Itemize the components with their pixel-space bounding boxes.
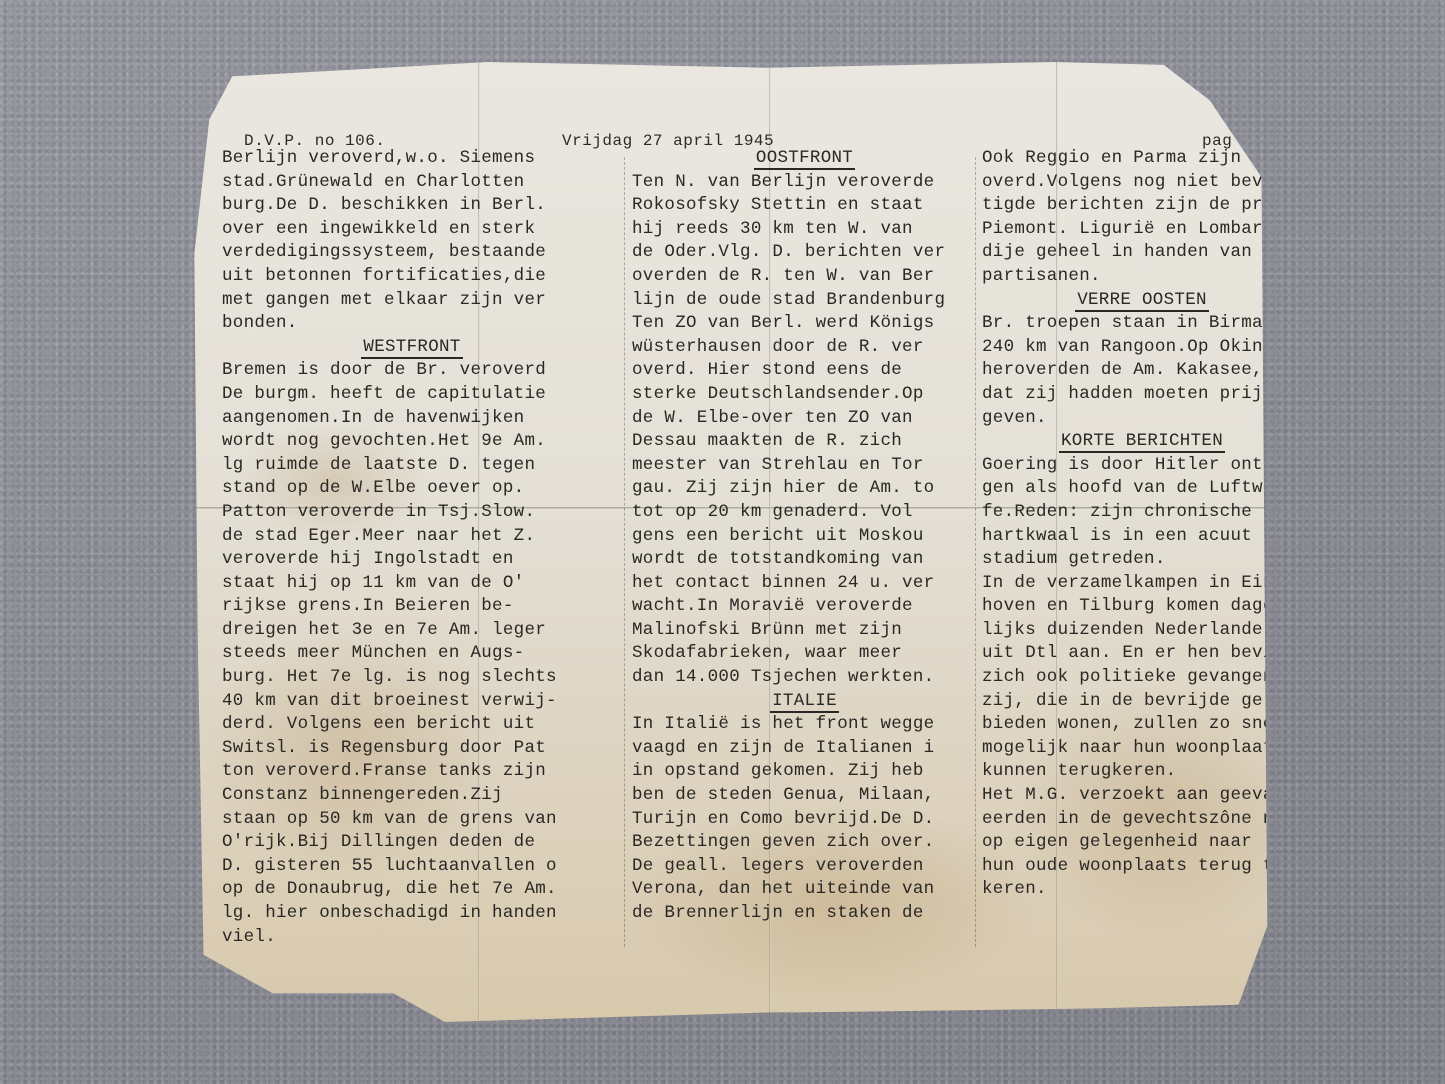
text-line: ton veroverd.Franse tanks zijn	[222, 760, 602, 784]
text-line: dije geheel in handen van de	[982, 241, 1302, 265]
text-line: bieden wonen, zullen zo snel	[982, 713, 1302, 737]
text-line: Constanz binnengereden.Zij	[222, 784, 602, 808]
text-line: steeds meer München en Augs-	[222, 642, 602, 666]
text-line: lg. hier onbeschadigd in handen	[222, 902, 602, 926]
section-heading: ITALIE	[632, 690, 977, 714]
text-line: Patton veroverde in Tsj.Slow.	[222, 501, 602, 525]
text-line: In de verzamelkampen in Eind-	[982, 572, 1302, 596]
text-line: tigde berichten zijn de prov	[982, 194, 1302, 218]
text-line: stad.Grünewald en Charlotten	[222, 171, 602, 195]
text-line: uit betonnen fortificaties,die	[222, 265, 602, 289]
text-line: overd.Volgens nog niet beves	[982, 171, 1302, 195]
text-line: partisanen.	[982, 265, 1302, 289]
text-line: de W. Elbe-over ten ZO van	[632, 407, 977, 431]
text-line: Ten N. van Berlijn veroverde	[632, 171, 977, 195]
text-line: burg.De D. beschikken in Berl.	[222, 194, 602, 218]
newsletter-sheet: D.V.P. no 106. Vrijdag 27 april 1945 pag…	[192, 62, 1342, 1022]
section-heading-text: OOSTFRONT	[754, 148, 855, 170]
text-line: dan 14.000 Tsjechen werkten.	[632, 666, 977, 690]
text-line: geven.	[982, 407, 1302, 431]
text-line: stand op de W.Elbe oever op.	[222, 477, 602, 501]
text-line: hun oude woonplaats terug te	[982, 855, 1302, 879]
text-line: op eigen gelegenheid naar	[982, 831, 1302, 855]
text-line: hij reeds 30 km ten W. van	[632, 218, 977, 242]
text-line: eerden in de gevechtszône niet	[982, 808, 1302, 832]
text-line: in opstand gekomen. Zij heb	[632, 760, 977, 784]
column-middle: OOSTFRONTTen N. van Berlijn veroverdeRok…	[632, 147, 977, 926]
text-line: gen als hoofd van de Luftwaf	[982, 477, 1302, 501]
text-line: gens een bericht uit Moskou	[632, 525, 977, 549]
text-line: Bremen is door de Br. veroverd	[222, 359, 602, 383]
text-line: Berlijn veroverd,w.o. Siemens	[222, 147, 602, 171]
text-line: 240 km van Rangoon.Op Okinawa	[982, 336, 1302, 360]
text-line: tot op 20 km genaderd. Vol	[632, 501, 977, 525]
text-line: In Italië is het front wegge	[632, 713, 977, 737]
text-line: staat hij op 11 km van de O'	[222, 572, 602, 596]
text-line: Dessau maakten de R. zich	[632, 430, 977, 454]
text-line: de Brennerlijn en staken de	[632, 902, 977, 926]
text-line: overd. Hier stond eens de	[632, 359, 977, 383]
text-line: kunnen terugkeren.	[982, 760, 1302, 784]
text-line: rijkse grens.In Beieren be-	[222, 595, 602, 619]
text-line: bonden.	[222, 312, 602, 336]
text-line: hartkwaal is in een acuut	[982, 525, 1302, 549]
text-line: stadium getreden.	[982, 548, 1302, 572]
text-line: Verona, dan het uiteinde van	[632, 878, 977, 902]
text-line: Br. troepen staan in Birma op	[982, 312, 1302, 336]
text-line: wordt de totstandkoming van	[632, 548, 977, 572]
text-line: Skodafabrieken, waar meer	[632, 642, 977, 666]
section-heading: VERRE OOSTEN	[982, 289, 1302, 313]
text-line: met gangen met elkaar zijn ver	[222, 289, 602, 313]
text-line: lijks duizenden Nederlanders	[982, 619, 1302, 643]
text-line: Bezettingen geven zich over.	[632, 831, 977, 855]
text-line: dat zij hadden moeten prijsge	[982, 383, 1302, 407]
text-line: D. gisteren 55 luchtaanvallen o	[222, 855, 602, 879]
text-line: dreigen het 3e en 7e Am. leger	[222, 619, 602, 643]
text-line: Switsl. is Regensburg door Pat	[222, 737, 602, 761]
text-line: Ten ZO van Berl. werd Königs	[632, 312, 977, 336]
text-line: mogelijk naar hun woonplaatsen	[982, 737, 1302, 761]
text-line: het contact binnen 24 u. ver	[632, 572, 977, 596]
section-heading: KORTE BERICHTEN	[982, 430, 1302, 454]
text-line: staan op 50 km van de grens van	[222, 808, 602, 832]
text-line: zij, die in de bevrijde ge-	[982, 690, 1302, 714]
text-line: vaagd en zijn de Italianen i	[632, 737, 977, 761]
text-line: uit Dtl aan. En er hen bevinden	[982, 642, 1302, 666]
column-rule	[624, 157, 625, 947]
text-line: gau. Zij zijn hier de Am. to	[632, 477, 977, 501]
section-heading: WESTFRONT	[222, 336, 602, 360]
section-heading-text: KORTE BERICHTEN	[1059, 431, 1225, 453]
text-line: burg. Het 7e lg. is nog slechts	[222, 666, 602, 690]
text-line: wacht.In Moravië veroverde	[632, 595, 977, 619]
text-line: over een ingewikkeld en sterk	[222, 218, 602, 242]
text-line: lijn de oude stad Brandenburg	[632, 289, 977, 313]
section-heading-text: WESTFRONT	[361, 337, 462, 359]
text-line: wüsterhausen door de R. ver	[632, 336, 977, 360]
text-line: verdedigingssysteem, bestaande	[222, 241, 602, 265]
section-heading-text: VERRE OOSTEN	[1075, 290, 1209, 312]
text-line: hoven en Tilburg komen dage.	[982, 595, 1302, 619]
text-line: O'rijk.Bij Dillingen deden de	[222, 831, 602, 855]
column-right: Ook Reggio en Parma zijn veroverd.Volgen…	[982, 147, 1302, 902]
column-left: Berlijn veroverd,w.o. Siemensstad.Grünew…	[222, 147, 602, 949]
text-line: fe.Reden: zijn chronische	[982, 501, 1302, 525]
text-line: aangenomen.In de havenwijken	[222, 407, 602, 431]
text-line: op de Donaubrug, die het 7e Am.	[222, 878, 602, 902]
text-line: derd. Volgens een bericht uit	[222, 713, 602, 737]
text-line: Turijn en Como bevrijd.De D.	[632, 808, 977, 832]
text-line: viel.	[222, 926, 602, 950]
text-line: sterke Deutschlandsender.Op	[632, 383, 977, 407]
text-line: veroverde hij Ingolstadt en	[222, 548, 602, 572]
text-line: overden de R. ten W. van Ber	[632, 265, 977, 289]
text-line: Goering is door Hitler ontsla	[982, 454, 1302, 478]
text-line: lg ruimde de laatste D. tegen	[222, 454, 602, 478]
section-heading-text: ITALIE	[770, 691, 839, 713]
text-line: keren.	[982, 878, 1302, 902]
text-line: heroverden de Am. Kakasee,	[982, 359, 1302, 383]
text-line: zich ook politieke gevangenen	[982, 666, 1302, 690]
text-line: Rokosofsky Stettin en staat	[632, 194, 977, 218]
text-line: Malinofski Brünn met zijn	[632, 619, 977, 643]
text-line: Het M.G. verzoekt aan geevacu	[982, 784, 1302, 808]
section-heading: OOSTFRONT	[632, 147, 977, 171]
text-line: ben de steden Genua, Milaan,	[632, 784, 977, 808]
text-line: De burgm. heeft de capitulatie	[222, 383, 602, 407]
text-line: 40 km van dit broeinest verwij-	[222, 690, 602, 714]
text-line: de stad Eger.Meer naar het Z.	[222, 525, 602, 549]
text-line: wordt nog gevochten.Het 9e Am.	[222, 430, 602, 454]
text-line: De geall. legers veroverden	[632, 855, 977, 879]
text-line: meester van Strehlau en Tor	[632, 454, 977, 478]
text-line: de Oder.Vlg. D. berichten ver	[632, 241, 977, 265]
text-line: Piemont. Ligurië en Lombar-	[982, 218, 1302, 242]
